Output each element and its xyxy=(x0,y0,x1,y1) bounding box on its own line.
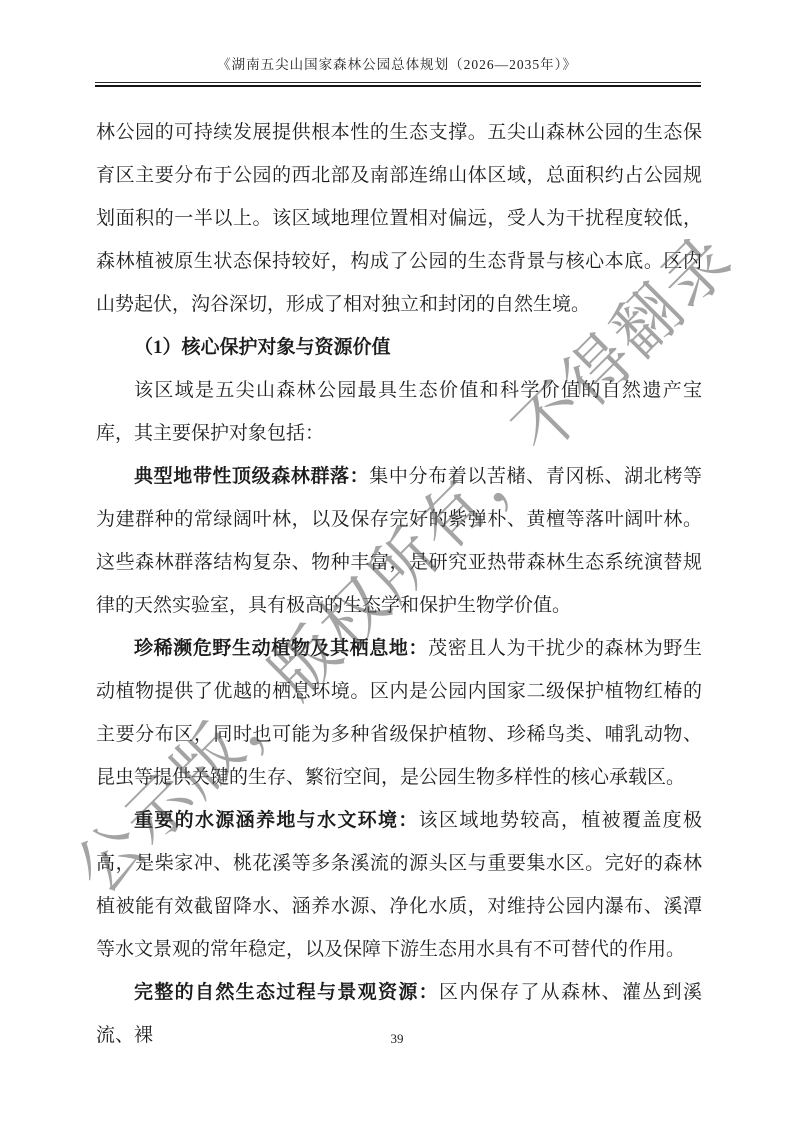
paragraph-item-text: 该区域地势较高，植被覆盖度极高，是柴家冲、桃花溪等多条溪流的源头区与重要集水区。… xyxy=(96,810,702,960)
document-header-title: 《湖南五尖山国家森林公园总体规划（2026—2035年）》 xyxy=(0,53,794,73)
document-body: 林公园的可持续发展提供根本性的生态支撑。五尖山森林公园的生态保育区主要分布于公园… xyxy=(96,111,702,1057)
paragraph-item-lead: 完整的自然生态过程与景观资源： xyxy=(134,982,439,1003)
document-page: 《湖南五尖山国家森林公园总体规划（2026—2035年）》 林公园的可持续发展提… xyxy=(0,0,794,1122)
paragraph-item-lead: 重要的水源涵养地与水文环境： xyxy=(134,810,419,831)
paragraph-item-text: 茂密且人为干扰少的森林为野生动植物提供了优越的栖息环境。区内是公园内国家二级保护… xyxy=(96,638,702,788)
paragraph-item-text: 集中分布着以苦槠、青冈栎、湖北栲等为建群种的常绿阔叶林，以及保存完好的紫弹朴、黄… xyxy=(96,466,702,616)
paragraph-item: 重要的水源涵养地与水文环境：该区域地势较高，植被覆盖度极高，是柴家冲、桃花溪等多… xyxy=(96,799,702,971)
page-number: 39 xyxy=(0,1031,794,1047)
header-divider-rule xyxy=(95,82,701,87)
paragraph-item-lead: 典型地带性顶级森林群落： xyxy=(134,466,369,487)
section-heading: （1）核心保护对象与资源价值 xyxy=(96,326,702,369)
paragraph-item: 珍稀濒危野生动植物及其栖息地：茂密且人为干扰少的森林为野生动植物提供了优越的栖息… xyxy=(96,627,702,799)
paragraph-item: 典型地带性顶级森林群落：集中分布着以苦槠、青冈栎、湖北栲等为建群种的常绿阔叶林，… xyxy=(96,455,702,627)
paragraph-intro: 该区域是五尖山森林公园最具生态价值和科学价值的自然遗产宝库，其主要保护对象包括： xyxy=(96,369,702,455)
paragraph-item-lead: 珍稀濒危野生动植物及其栖息地： xyxy=(134,638,428,659)
paragraph-continued: 林公园的可持续发展提供根本性的生态支撑。五尖山森林公园的生态保育区主要分布于公园… xyxy=(96,111,702,326)
